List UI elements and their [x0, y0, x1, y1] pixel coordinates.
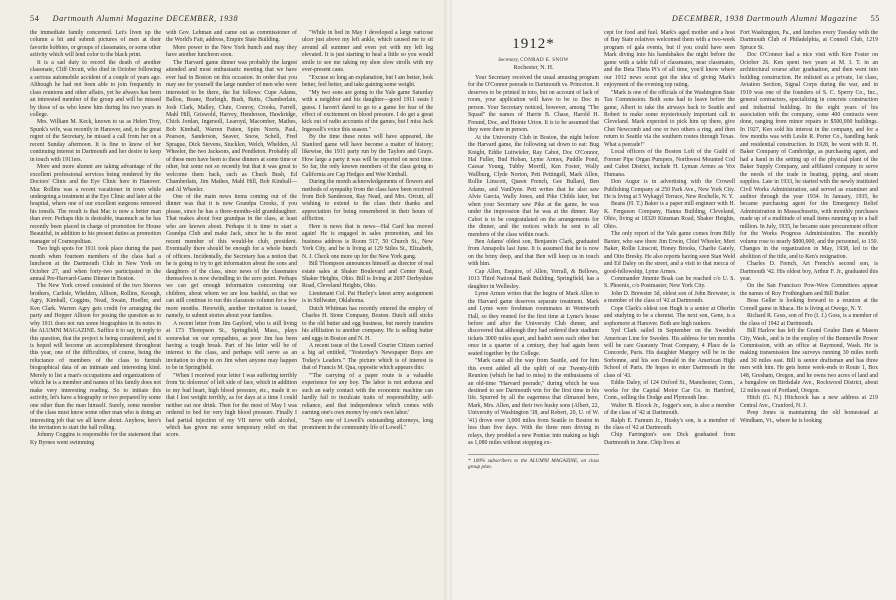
- column-body: Your Secretary received the usual amusin…: [468, 75, 599, 448]
- paragraph: At the University Club in Boston, the ni…: [468, 135, 599, 239]
- class-year: 1912*: [468, 36, 599, 52]
- paragraph: The New York crowd consisted of the two …: [30, 283, 161, 432]
- paragraph: Dutch Whitman has recently entered the e…: [302, 306, 433, 343]
- paragraph: Local officers of the Boston Loft of the…: [604, 149, 735, 179]
- paragraph: Bill Harlow has left the Grand Coulee Da…: [740, 328, 878, 395]
- paragraph: "Says one of Lowell's outstanding attorn…: [302, 418, 433, 433]
- paragraph: Johnny Coggins is responsible for the st…: [30, 432, 161, 447]
- secretary-label: Secretary,: [498, 57, 519, 63]
- paragraph: Peep Jones is maintaining the old homest…: [740, 410, 878, 425]
- paragraph: "Mark came all the way from Seattle, and…: [468, 358, 599, 447]
- text-column: with Gov. Lehman and came out as commiss…: [166, 30, 297, 440]
- magazine-spread: 54 Dartmouth Alumni Magazine DECEMBER, 1…: [0, 0, 896, 600]
- paragraph: Cope Clark's oldest son Hugh is a senior…: [604, 306, 735, 328]
- class-secretary: Secretary, CONRAD E. SNOW: [468, 57, 599, 64]
- page-number: 54: [30, 14, 39, 23]
- text-column: Fort Washington, Pa., and lunches every …: [740, 30, 878, 425]
- paragraph: Beans (H. T.) Baker is a paper mill engi…: [604, 201, 735, 231]
- paragraph: "While in bed in May I developed a large…: [302, 30, 433, 75]
- paragraph: the immediate family concerned. Let's li…: [30, 30, 161, 60]
- paragraph: Doc O'Connor had a nice visit with Ken F…: [740, 52, 878, 261]
- paragraph: One of the main news items coming out of…: [166, 194, 297, 321]
- left-running-head: 54 Dartmouth Alumni Magazine DECEMBER, 1…: [30, 14, 238, 23]
- paragraph: "'The carrying of a paper route is a val…: [302, 373, 433, 418]
- paragraph: Two high spots for 1911 took place durin…: [30, 246, 161, 283]
- text-column: the immediate family concerned. Let's li…: [30, 30, 161, 447]
- paragraph: Fort Washington, Pa., and lunches every …: [740, 30, 878, 52]
- paragraph: Boss Geller is looking forward to a reun…: [740, 298, 878, 313]
- paragraph: A recent letter from Jim Gaylord, who is…: [166, 321, 297, 373]
- right-page: DECEMBER, 1938 Dartmouth Alumni Magazine…: [448, 0, 896, 600]
- paragraph: Don Augur is in advertising with the Cro…: [604, 179, 735, 201]
- paragraph: Commander Jimmie Boak can be reached c/o…: [604, 276, 735, 291]
- secretary-name: CONRAD E. SNOW: [520, 57, 568, 63]
- left-page: 54 Dartmouth Alumni Magazine DECEMBER, 1…: [0, 0, 448, 600]
- paragraph: Lieutenant Col. Pat Hurley's latest army…: [302, 291, 433, 306]
- paragraph: John D. Brewster 3d, oldest son of John …: [604, 291, 735, 306]
- paragraph: It is a sad duty to record the death of …: [30, 60, 161, 120]
- paragraph: The only report of the Yale game comes f…: [604, 231, 735, 276]
- paragraph: Chip Farrington's son Dick graduated fro…: [604, 432, 735, 447]
- paragraph: Bill Thompson announces himself as direc…: [302, 261, 433, 291]
- paragraph: The Harvard game dinner was probably the…: [166, 60, 297, 194]
- paragraph: Charles D. French, Art French's second s…: [740, 261, 878, 283]
- paragraph: Ralph E. Farnum Jr., Husky's son, is a m…: [604, 418, 735, 433]
- footnote: * 100% subscribers to the ALUMNI MAGAZIN…: [468, 454, 599, 471]
- paragraph: Hitch (G. N.) Hitchcock has a new addres…: [740, 395, 878, 410]
- paragraph: Here is news that is news—Hal Card has m…: [302, 224, 433, 261]
- paragraph: Syd Clark sailed in September on the Swe…: [604, 328, 735, 380]
- paragraph: Lyme Armes writes that the hegira of Mar…: [468, 291, 599, 358]
- paragraph: Mrs. William M. Keck, known to us as Hel…: [30, 119, 161, 164]
- paragraph: "My two sons are going to the Yale game …: [302, 90, 433, 135]
- right-running-head: DECEMBER, 1938 Dartmouth Alumni Magazine…: [672, 14, 880, 23]
- text-column: "While in bed in May I developed a large…: [302, 30, 433, 432]
- paragraph: Walter B. Elcock Jr., Jogger's son, is a…: [604, 403, 735, 418]
- running-head-text: Dartmouth Alumni Magazine DECEMBER, 1938: [53, 14, 239, 23]
- running-head-text: DECEMBER, 1938 Dartmouth Alumni Magazine: [672, 14, 858, 23]
- class-location: Rochester, N. H.: [468, 64, 599, 72]
- paragraph: "Mark is one of the officials of the Was…: [604, 90, 735, 150]
- paragraph: On the San Francisco Pow-Wow Committees …: [740, 283, 878, 298]
- paragraph: More power to the New York bunch and may…: [166, 45, 297, 60]
- paragraph: Eddie Daley, of 124 Oxford St., Manchest…: [604, 380, 735, 402]
- paragraph: Your Secretary received the usual amusin…: [468, 75, 599, 135]
- text-column: cept for food and fuel. Mark's aged moth…: [604, 30, 735, 447]
- text-column: 1912* Secretary, CONRAD E. SNOW Rocheste…: [468, 30, 599, 471]
- paragraph: More and more alumni are taking advantag…: [30, 164, 161, 246]
- paragraph: Ben Adams' oldest son, Benjamin Clark, g…: [468, 239, 599, 269]
- paragraph: "Excuse so long an explanation, but I am…: [302, 75, 433, 90]
- page-gutter: [444, 0, 452, 600]
- paragraph: with Gov. Lehman and came out as commiss…: [166, 30, 297, 45]
- paragraph: cept for food and fuel. Mark's aged moth…: [604, 30, 735, 90]
- paragraph: A recent issue of the Lowell Courier Cit…: [302, 343, 433, 373]
- page-number: 55: [871, 14, 880, 23]
- class-heading: 1912* Secretary, CONRAD E. SNOW Rocheste…: [468, 36, 599, 72]
- paragraph: Richard R. Goss, son of Fro (I. J.) Goss…: [740, 313, 878, 328]
- paragraph: During the month acknowledgements of flo…: [302, 179, 433, 224]
- paragraph: By the time these notes will have appear…: [302, 134, 433, 179]
- paragraph: Cap Allen, Esquire, of Allen, Yerrall, &…: [468, 269, 599, 291]
- paragraph: "When I received your letter I was suffe…: [166, 373, 297, 440]
